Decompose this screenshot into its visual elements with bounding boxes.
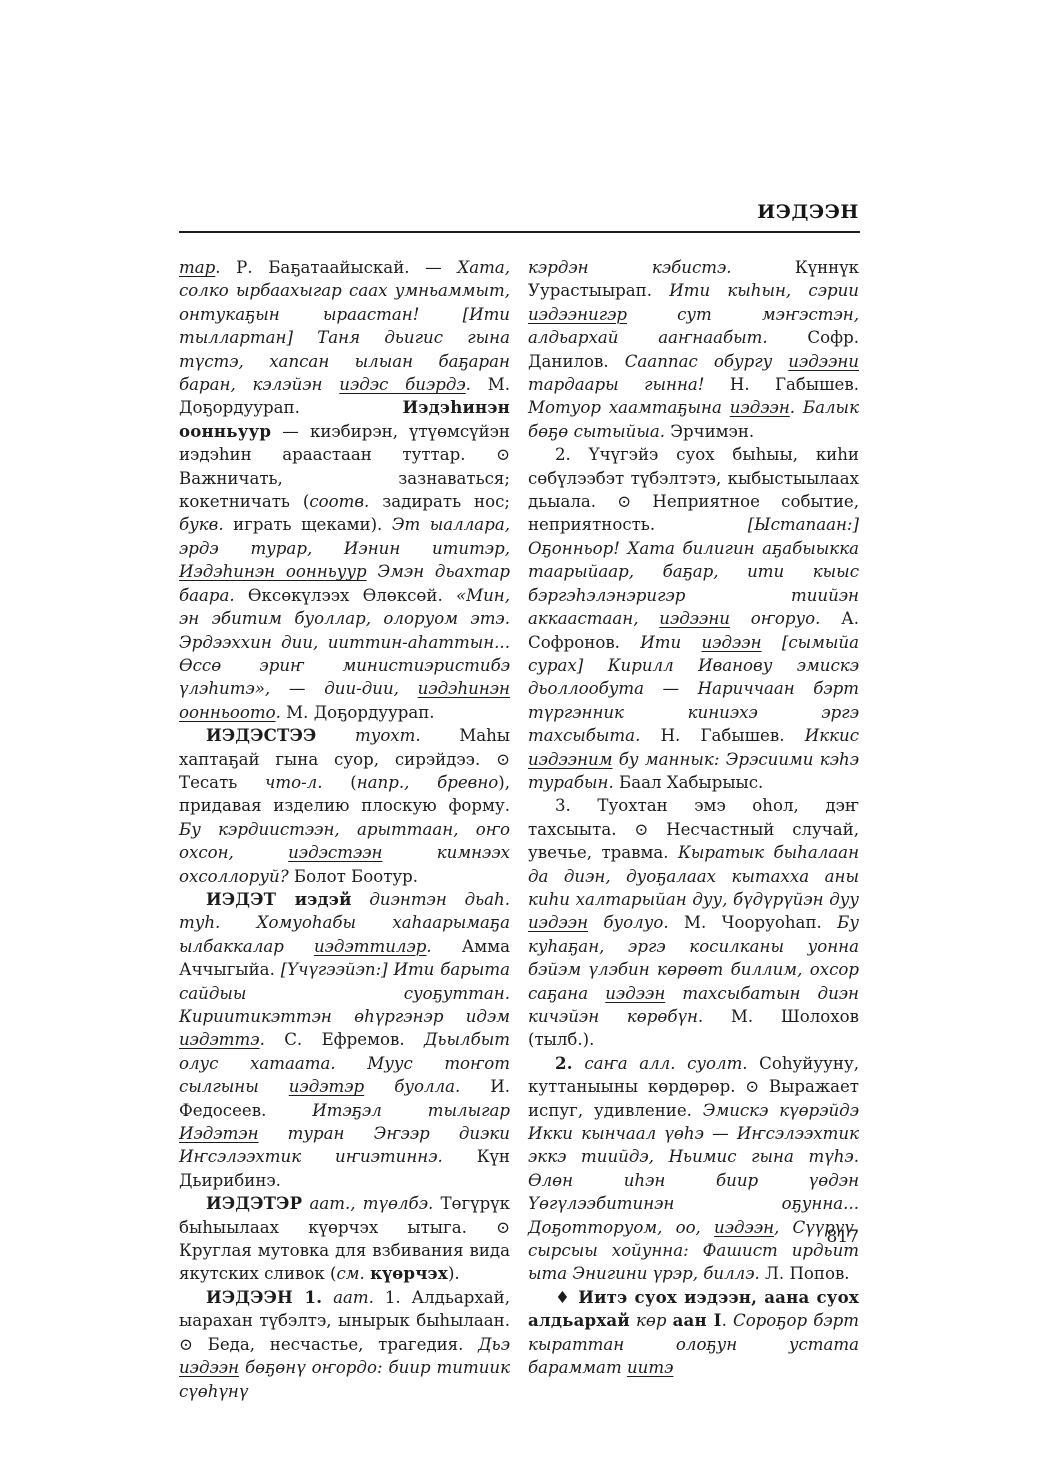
text-segment: ИЭДЭЭН 1.: [206, 1287, 322, 1307]
dictionary-page: ИЭДЭЭН тар. Р. Баҕатаайыскай. — Хата, со…: [0, 0, 1040, 1473]
text-segment: ♦: [555, 1287, 578, 1307]
dictionary-paragraph: ИЭДЭТ иэдэй диэнтэн дьаһ. туһ. Хомуоһабы…: [179, 888, 510, 1192]
text-segment: .: [466, 375, 488, 394]
text-segment: иэдэттилэр: [314, 937, 426, 956]
text-segment: 2.: [555, 1053, 573, 1073]
text-segment: иэдээни: [659, 609, 730, 628]
text-segment: көр: [636, 1311, 667, 1330]
text-segment: Иэдэһинэн оонньуур: [179, 562, 367, 581]
text-segment: буолла.: [364, 1077, 490, 1096]
text-segment: Иэдэтэн: [179, 1124, 259, 1143]
text-segment: Өксөкүлээх Өлөксөй.: [248, 586, 456, 605]
dictionary-paragraph: ИЭДЭЭН 1. аат. 1. Алдьархай, ыарахан түб…: [179, 1286, 510, 1403]
text-segment: иэдэс биэрдэ: [339, 375, 465, 394]
text-segment: Итэҕэл тылыгар: [312, 1101, 510, 1120]
text-segment: иэдээни: [788, 352, 859, 371]
text-segment: саҥа алл. суолт.: [584, 1054, 747, 1073]
text-segment: аат.: [333, 1288, 374, 1307]
text-segment: иэдэстээн: [288, 843, 382, 862]
running-head-title: ИЭДЭЭН: [179, 201, 859, 223]
text-segment: Л. Попов.: [765, 1264, 850, 1283]
dictionary-paragraph: 2. саҥа алл. суолт. Соһуйууну, куттаныын…: [528, 1052, 859, 1286]
text-segment: Ити: [640, 633, 701, 652]
text-segment: букв.: [179, 515, 224, 534]
text-segment: иэдээнигэр: [528, 305, 627, 324]
text-segment: ИЭДЭСТЭЭ: [206, 725, 316, 745]
text-segment: [573, 1054, 585, 1073]
text-segment: Н. Габышев.: [730, 375, 859, 394]
text-segment: М. Доҕордуурап.: [286, 703, 434, 722]
text-segment: [302, 1194, 309, 1213]
text-segment: . Р. Баҕатаайыскай. —: [215, 258, 457, 277]
dictionary-paragraph: тар. Р. Баҕатаайыскай. — Хата, солко ырб…: [179, 256, 510, 724]
dictionary-paragraph: ♦ Иитэ суох иэдээн, аана суох алдьархай …: [528, 1286, 859, 1380]
text-segment: аан I: [673, 1310, 722, 1330]
text-segment: см.: [337, 1264, 365, 1283]
text-segment: задирать нос;: [369, 492, 510, 511]
text-segment: иэдээним: [528, 750, 612, 769]
text-segment: Н. Габышев.: [661, 726, 805, 745]
text-segment: [322, 1288, 333, 1307]
text-segment: иэдээн: [730, 398, 790, 417]
text-segment: иэдээн: [605, 984, 665, 1003]
text-segment: ).: [448, 1264, 460, 1283]
dictionary-paragraph: ИЭДЭСТЭЭ туохт. Маһы хаптаҕай гына суор,…: [179, 724, 510, 888]
text-segment: что-л.: [265, 773, 323, 792]
text-segment: .: [426, 937, 461, 956]
text-segment: Эрчимэн.: [670, 422, 754, 441]
text-segment: иэдээн: [702, 633, 762, 652]
text-segment: ИЭДЭТЭР: [206, 1193, 302, 1213]
text-segment: Ити кыһын, сэрии: [669, 281, 859, 300]
text-segment: туохт.: [355, 726, 421, 745]
text-segment: Хата, солко ырбаахыгар саах умньаммыт, о…: [179, 258, 510, 394]
text-segment: аат., түөлбэ.: [310, 1194, 434, 1213]
text-segment: ИЭДЭТ иэдэй: [206, 889, 352, 909]
text-segment: күөрчэх: [370, 1263, 448, 1283]
text-segment: (: [323, 773, 357, 792]
text-segment: иэдээн: [179, 1358, 239, 1377]
column-right: кэрдэн кэбистэ. Күннүк Уурастыырап. Ити …: [528, 256, 859, 1380]
text-segment: Дьэ: [478, 1335, 510, 1354]
text-segment: буолуо.: [588, 913, 684, 932]
text-segment: [316, 726, 355, 745]
text-segment: Иккис: [805, 726, 859, 745]
text-segment: Болот Боотур.: [294, 867, 418, 886]
text-segment: кэрдэн кэбистэ.: [528, 258, 795, 277]
text-segment: соотв.: [309, 492, 369, 511]
text-segment: Баал Хабырыыс.: [619, 773, 763, 792]
text-segment: С. Ефремов.: [284, 1030, 424, 1049]
text-segment: играть щеками).: [224, 515, 392, 534]
text-segment: .: [276, 703, 287, 722]
text-segment: М. Чооруоһап.: [684, 913, 837, 932]
text-segment: иэдэтэр: [289, 1077, 364, 1096]
dictionary-paragraph: 2. Үчүгэйэ суох быһыы, киһи сөбүлээбэт т…: [528, 443, 859, 794]
text-segment: тардаары гынна!: [528, 375, 730, 394]
text-segment: Эмискэ күөрэйдэ Икки кынчаал үөһэ — Иҥсэ…: [528, 1101, 859, 1237]
text-segment: иэдээн: [528, 913, 588, 932]
header-rule: [179, 231, 860, 233]
text-segment: иэдэттэ: [179, 1030, 260, 1049]
text-segment: Мотуор хаамтаҕына: [528, 398, 730, 417]
dictionary-paragraph: кэрдэн кэбистэ. Күннүк Уурастыырап. Ити …: [528, 256, 859, 443]
page-number: 817: [179, 1227, 859, 1247]
text-segment: иитэ: [627, 1358, 673, 1377]
text-segment: тар: [179, 258, 215, 277]
text-segment: оҥоруо.: [730, 609, 841, 628]
text-segment: Сааппас обургу: [625, 352, 789, 371]
text-segment: напр., бревно: [357, 773, 499, 792]
text-segment: .: [260, 1030, 285, 1049]
text-segment: .: [722, 1311, 733, 1330]
dictionary-paragraph: 3. Туохтан эмэ оһол, дэҥ тахсыыта. ⊙ Нес…: [528, 794, 859, 1051]
